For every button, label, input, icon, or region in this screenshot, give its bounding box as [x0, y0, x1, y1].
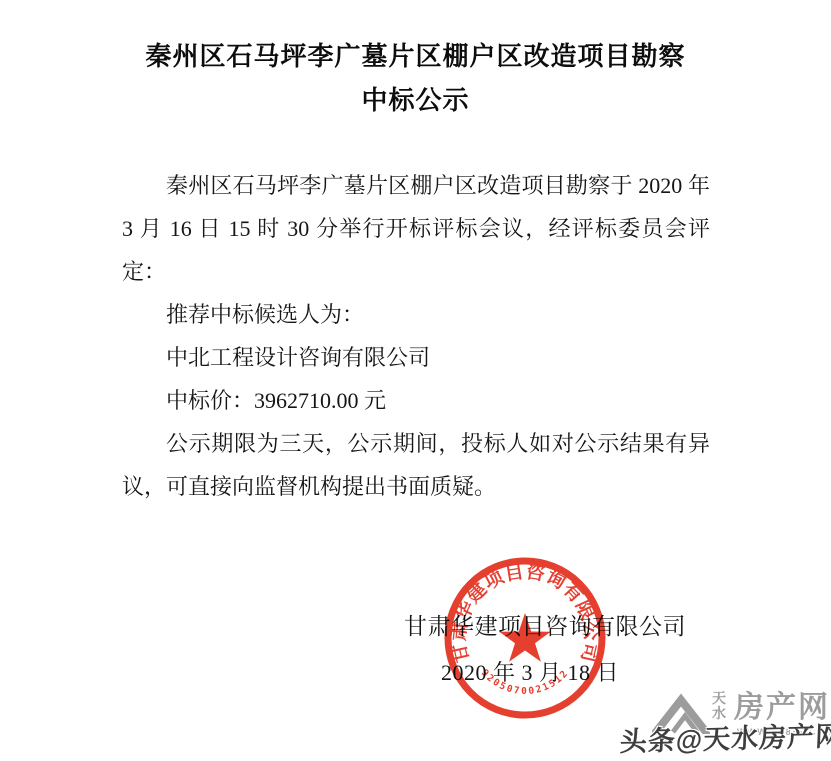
seal-registration-number: 9205070021512 [479, 667, 572, 697]
body-paragraph-objection-notice: 公示期限为三天，公示期间，投标人如对公示结果有异议，可直接向监督机构提出书面质疑… [122, 422, 710, 508]
body-paragraph-bid-price: 中标价：3962710.00 元 [122, 379, 710, 422]
seal-star-icon [499, 613, 550, 662]
document-body: 秦州区石马坪李广墓片区棚户区改造项目勘察于 2020 年 3 月 16 日 15… [122, 164, 710, 508]
body-paragraph-candidate-label: 推荐中标候选人为： [122, 293, 710, 336]
watermark-tianshui-char-top: 天 [712, 691, 726, 706]
official-seal: 甘肃华建项目咨询有限公司 9205070021512 [441, 554, 609, 722]
announcement-page: 秦州区石马坪李广墓片区棚户区改造项目勘察 中标公示 秦州区石马坪李广墓片区棚户区… [0, 0, 831, 761]
body-paragraph-winner-company: 中北工程设计咨询有限公司 [122, 336, 710, 379]
body-paragraph-opening: 秦州区石马坪李广墓片区棚户区改造项目勘察于 2020 年 3 月 16 日 15… [122, 164, 710, 293]
watermark-credit-text: 头条@天水房产网 [619, 714, 831, 759]
title-line-2: 中标公示 [0, 78, 831, 122]
title-line-1: 秦州区石马坪李广墓片区棚户区改造项目勘察 [0, 34, 831, 78]
document-title: 秦州区石马坪李广墓片区棚户区改造项目勘察 中标公示 [0, 34, 831, 122]
